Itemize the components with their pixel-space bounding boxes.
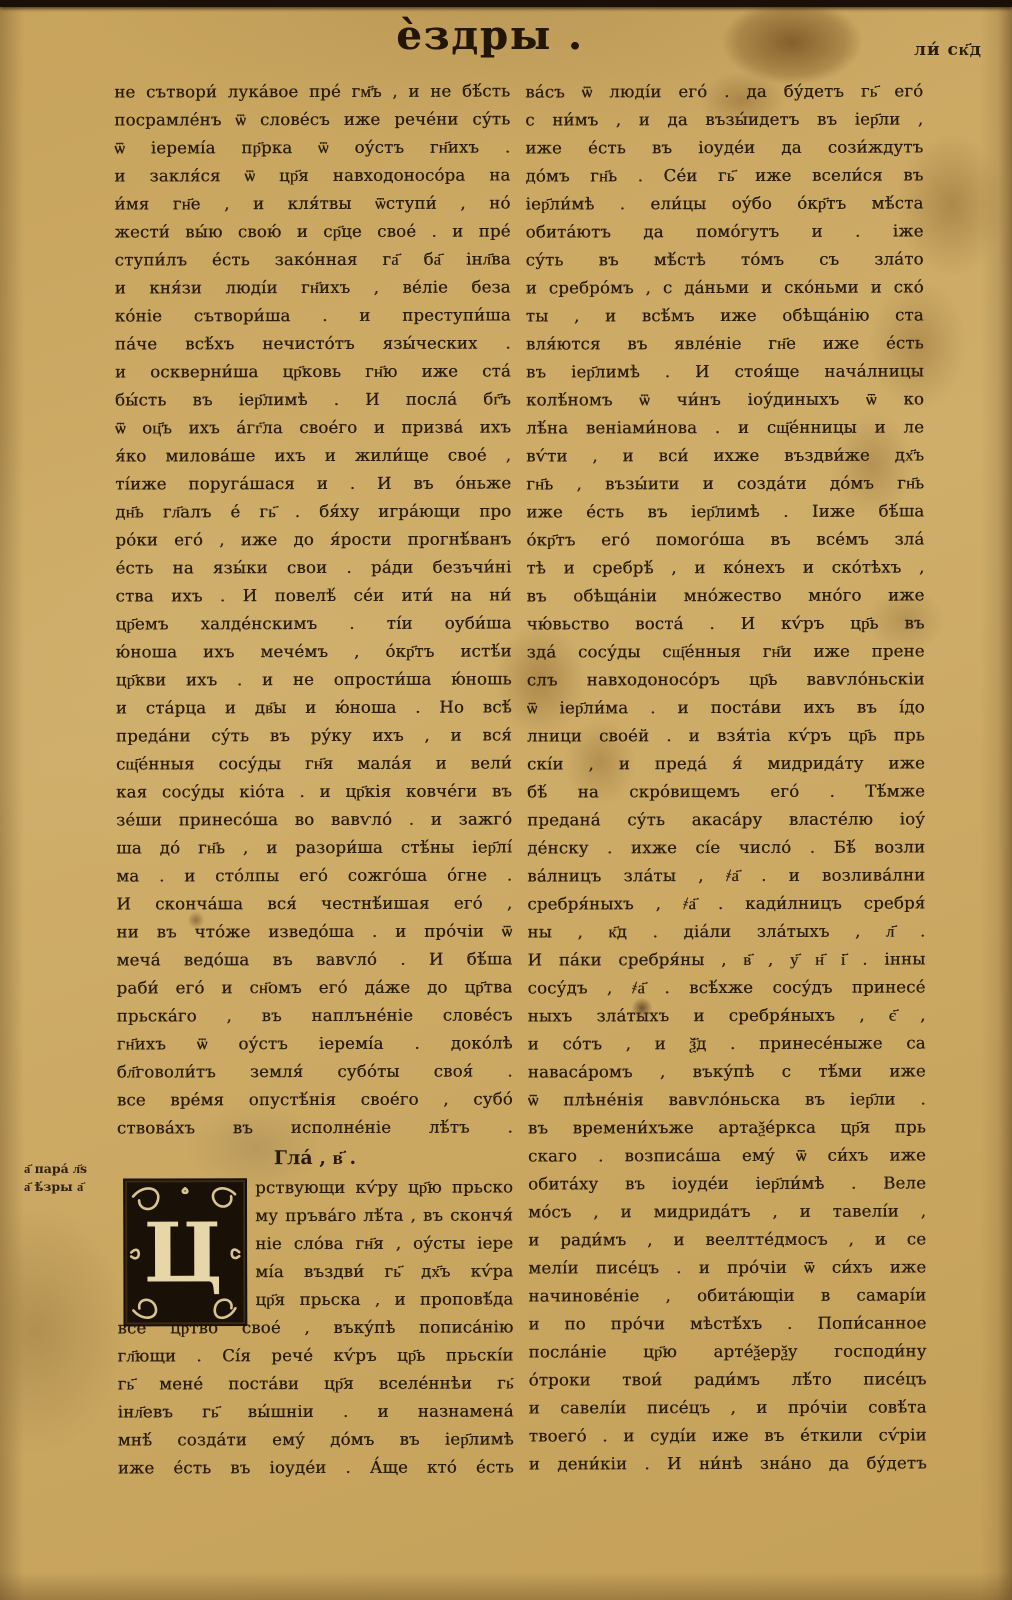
indented-lines: рствующи кѵ́ру цр҃ю прьскому пръва́го лѣ…: [255, 1173, 513, 1314]
text-line: гл҃ющи . Сі́я рече́ кѵ́ръ цр҃ь прьскі́и: [117, 1341, 513, 1370]
text-line: ша до́ гн҃ь , и разори́ша стѣ́ны іер҃лі́: [116, 833, 512, 862]
text-line: вѵ́ти , и вси́ ихже въздви́же дх҃ъ: [526, 441, 924, 470]
text-line: іер҃ли́мѣ . ели́цы оу́бо о́кр҃тъ мѣ́ста: [525, 189, 923, 218]
text-line: зе́ши принесо́ша во вавѵло́ . и зажго́: [116, 805, 512, 834]
text-line: мнѣ́ созда́ти ему́ до́мъ въ іер҃лимѣ: [118, 1425, 514, 1454]
text-line: му пръва́го лѣ́та , въ скончя́: [255, 1201, 513, 1230]
text-line: інл҃евъ гь҃ вы́шніи . и назнамена́: [118, 1397, 514, 1426]
text-column-right: ва́съ ѿ люді́и его́ . да бу́детъ гь҃ его…: [525, 77, 927, 1478]
text-line: иже е́сть въ іоуде́и . А́ще кто́ е́сть: [118, 1453, 514, 1482]
text-line: ступи́лъ е́сть зако́нная га҃ ба҃ інл҃ва: [115, 245, 511, 274]
text-line: И сконча́ша вся́ честнѣ́ишая его́ ,: [116, 889, 512, 918]
text-line: до́мъ гн҃ь . Се́и гь҃ иже всели́ся въ: [525, 161, 923, 190]
text-line: все вре́мя опустѣ́нія свое́го , субо́: [117, 1085, 513, 1114]
text-line: цр҃емъ халде́нскимъ . ті́и оуби́ша: [116, 609, 512, 638]
text-line: И па́ки сребря́ны , в҃ , у҃ н҃ і҃ . інны: [527, 945, 925, 974]
text-line: начинове́ніе , обита́ющіи в самарі́и: [528, 1281, 926, 1310]
text-line: и закля́ся ѿ цр҃я навходоносо́ра на: [114, 161, 510, 190]
text-line: ни въ что́же изведо́ша . и про́чіи ѿ: [116, 917, 512, 946]
text-line: су́ть въ мѣ́стѣ то́мъ съ зла́то: [526, 245, 924, 274]
text-line: ѿ плѣне́нія вавѵло́ньска въ іер҃ли .: [528, 1085, 926, 1114]
text-line: и со́тъ , и ѯ҃д . принесе́ныже са: [528, 1029, 926, 1058]
text-line: мелі́и писе́цъ . и про́чіи ѿ си́хъ иже: [528, 1253, 926, 1282]
text-line: скі́и , и преда́ я́ мидрида́ту иже: [527, 749, 925, 778]
text-line: бл҃говоли́тъ земля́ субо́ты своя́ .: [117, 1057, 513, 1086]
text-line: ро́ки его́ , иже до я́рости прогнѣ́ванъ: [115, 525, 511, 554]
text-line: ю́ноша ихъ мече́мъ , о́кр҃тъ истѣ́и: [116, 637, 512, 666]
text-line: обита́ютъ да помо́гутъ и . іже: [526, 217, 924, 246]
text-line: иже е́сть въ іоуде́и да сози́ждутъ: [525, 133, 923, 162]
text-line: не сътвори́ лука́вое пре́ гм҃ъ , и не бѣ…: [114, 77, 510, 106]
text-line: посрамле́нъ ѿ слове́съ иже рече́ни су́ть: [114, 105, 510, 134]
text-line: мі́а въздви́ гь҃ дх҃ъ кѵ́ра: [255, 1257, 513, 1286]
text-line: бѣ́ на скро́вищемъ его́ . Тѣ́мже: [527, 777, 925, 806]
text-line: сосу́дъ , ҂а҃ . всѣ́хже сосу́дъ принесе́: [528, 973, 926, 1002]
text-line: колѣ́номъ ѿ чи́нъ іоу́диныхъ ѿ ко: [526, 385, 924, 414]
text-line: и савелі́и писе́цъ , и про́чіи совѣ́та: [529, 1393, 927, 1422]
text-line: ны , к҃д . діа́ли зла́тыхъ , л҃ .: [527, 917, 925, 946]
text-line: гн҃ь , възы́ити и созда́ти до́мъ гн҃ь: [526, 469, 924, 498]
text-line: и сребро́мъ , с да́ньми и ско́ньми и ско…: [526, 273, 924, 302]
text-line: ко́ніе сътвори́ша . и преступи́ша: [115, 301, 511, 330]
chapter-opening-paragraph: Ц рствующи кѵ́ру цр҃ю прьскому пръва́го …: [117, 1173, 514, 1482]
text-line: преда́ни су́ть въ ру́ку ихъ , и вся́: [116, 721, 512, 750]
text-line: де́нску . ихже сі́е число́ . Бѣ́ возли: [527, 833, 925, 862]
text-line: и ради́мъ , и веелтте́дмосъ , и се: [528, 1225, 926, 1254]
text-line: иже е́сть въ іер҃лимѣ . Іиже бѣ́ша: [526, 497, 924, 526]
text-line: о́кр҃тъ его́ помого́ша въ все́мъ зла́: [526, 525, 924, 554]
text-line: сщ҃е́нныя сосу́ды гн҃я мала́я и вели́: [116, 749, 512, 778]
text-line: тѣ и сребрѣ́ , и ко́нехъ и ско́тѣхъ ,: [526, 553, 924, 582]
manuscript-page: ѐздры . ли́ ск҃д а҃ пара́ л҃ѕа҃ ѣ́зры а҃…: [0, 0, 1012, 1600]
text-line: гн҃ихъ ѿ оу́стъ іеремі́а . доко́лѣ: [117, 1029, 513, 1058]
text-line: ствова́хъ въ исполне́ніе лѣ́тъ .: [117, 1113, 513, 1142]
text-line: и дени́кіи . И ни́нѣ зна́но да бу́детъ: [529, 1449, 927, 1478]
text-line: дн҃ь гл҃алъ е́ гь҃ . бя́ху игра́ющи про: [115, 497, 511, 526]
text-line: ѿ іеремі́а пр҃рка ѿ оу́стъ гн҃ихъ .: [114, 133, 510, 162]
text-line: ты , и всѣ́мъ иже обѣща́нію ста: [526, 301, 924, 330]
text-line: ва́лницъ зла́ты , ҂а҃ . и возлива́лни: [527, 861, 925, 890]
text-line: ва́съ ѿ люді́и его́ . да бу́детъ гь҃ его…: [525, 77, 923, 106]
text-line: обита́ху въ іоуде́и іер҃ли́мѣ . Веле: [528, 1169, 926, 1198]
text-line: и ста́рца и дв҃ы и ю́ноша . Но всѣ́: [116, 693, 512, 722]
text-line: предана́ су́ть акаса́ру власте́лю іоу́: [527, 805, 925, 834]
text-line: цр҃я прьска , и проповѣ́да: [255, 1285, 513, 1314]
text-line: я́ко милова́ше ихъ и жили́ще свое́ ,: [115, 441, 511, 470]
text-line: па́че всѣ́хъ нечисто́тъ язы́ческих .: [115, 329, 511, 358]
text-line: о́троки твои́ ради́мъ лѣ́то писе́цъ: [529, 1365, 927, 1394]
text-line: цр҃кви ихъ . и не опрости́ша ю́ношь: [116, 665, 512, 694]
text-line: и по про́чи мѣстѣ́хъ . Попи́санное: [528, 1309, 926, 1338]
page-top-edge: [0, 0, 1012, 7]
text-line: зда́ сосу́ды сщ҃е́нныя гн҃и иже прене: [527, 637, 925, 666]
running-head: ѐздры .: [0, 12, 996, 59]
text-line: въ іер҃лимѣ . И стоя́ще нача́лницы: [526, 357, 924, 386]
text-line: мо́съ , и мидрида́тъ , и тавелі́и ,: [528, 1197, 926, 1226]
text-line: въ времени́хъже артаѯе́ркса цр҃я прь: [528, 1113, 926, 1142]
text-line: скаго . возписа́ша ему́ ѿ си́хъ иже: [528, 1141, 926, 1170]
text-line: ѿ оц҃ъ ихъ а́гг҃ла свое́го и призва́ ихъ: [115, 413, 511, 442]
text-line: лници свое́й . и взя́тіа кѵ́ръ цр҃ь прь: [527, 721, 925, 750]
text-line: рствующи кѵ́ру цр҃ю прьско: [255, 1173, 513, 1202]
text-line: е́сть на язы́ки свои . ра́ди безъчи́ні: [115, 553, 511, 582]
text-line: сребря́ныхъ , ҂а҃ . кади́лницъ сребря́: [527, 889, 925, 918]
text-line: вля́ются въ явле́ніе гн҃е иже е́сть: [526, 329, 924, 358]
text-line: въ обѣща́ніи мно́жество мно́го иже: [526, 581, 924, 610]
text-line: кая сосу́ды кіо́та . и цр҃кія ковче́ги в…: [116, 777, 512, 806]
text-line: меча́ ведо́ша въ вавѵло́ . И бѣ́ша: [116, 945, 512, 974]
text-line: чю́вьство воста́ . И кѵ́ръ цр҃ь въ: [527, 609, 925, 638]
ornamental-initial-woodcut: Ц: [123, 1178, 247, 1326]
text-line: ма . и сто́лпы его́ сожго́ша о́гне .: [116, 861, 512, 890]
text-line: ства ихъ . И повелѣ́ се́и ити́ на ни́: [115, 581, 511, 610]
text-line: жести́ вы́ю свою́ и ср҃це свое́ . и пре́: [115, 217, 511, 246]
closing-lines: все цр҃тво свое́ , въку́пѣ пописа́ніюгл҃…: [117, 1313, 513, 1482]
left-column-lines: не сътвори́ лука́вое пре́ гм҃ъ , и не бѣ…: [114, 77, 513, 1142]
text-line: лѣ́на веніами́нова . и сщ҃е́нницы и ле: [526, 413, 924, 442]
text-line: посла́ніе цр҃ю арте́ѯерѯу господи́ну: [528, 1337, 926, 1366]
right-column-lines: ва́съ ѿ люді́и его́ . да бу́детъ гь҃ его…: [525, 77, 927, 1478]
text-line: ныхъ зла́тыхъ и сребря́ныхъ , є҃ ,: [528, 1001, 926, 1030]
text-line: бы́сть въ іер҃лимѣ . И посла́ бг҃ъ: [115, 385, 511, 414]
text-line: гь҃ мене́ поста́ви цр҃я вселе́ннѣи гь҃: [118, 1369, 514, 1398]
text-line: ѿ іер҃ли́ма . и поста́ви ихъ въ і́до: [527, 693, 925, 722]
text-line: с ни́мъ , и да възы́идетъ въ іер҃ли ,: [525, 105, 923, 134]
text-line: твоего́ . и суді́и иже въ е́ткили сѵ́ріи: [529, 1421, 927, 1450]
text-line: ті́иже поруга́шася и . И въ о́ньже: [115, 469, 511, 498]
text-column-left: не сътвори́ лука́вое пре́ гм҃ъ , и не бѣ…: [114, 77, 514, 1482]
text-line: слъ навходоносо́ръ цр҃ь вавѵло́ньскіи: [527, 665, 925, 694]
text-line: наваса́ромъ , въку́пѣ с тѣ́ми иже: [528, 1057, 926, 1086]
text-line: и́мя гн҃е , и кля́твы ѿступи́ , но́: [114, 189, 510, 218]
chapter-heading: Гла́ , в҃ .: [117, 1141, 513, 1174]
text-line: и кня́зи люді́и гн҃ихъ , ве́ліе беза: [115, 273, 511, 302]
initial-letter-glyph: Ц: [143, 1205, 223, 1301]
text-line: и оскверни́ша цр҃ковь гн҃ю иже ста́: [115, 357, 511, 386]
folio-signature: ли́ ск҃д: [914, 40, 982, 60]
text-line: прьска́го , въ наплъне́ніе слове́съ: [117, 1001, 513, 1030]
text-line: ніе сло́ва гн҃я , оу́сты іере: [255, 1229, 513, 1258]
text-line: раби́ его́ и сн҃омъ его́ да́же до цр҃тва: [117, 973, 513, 1002]
